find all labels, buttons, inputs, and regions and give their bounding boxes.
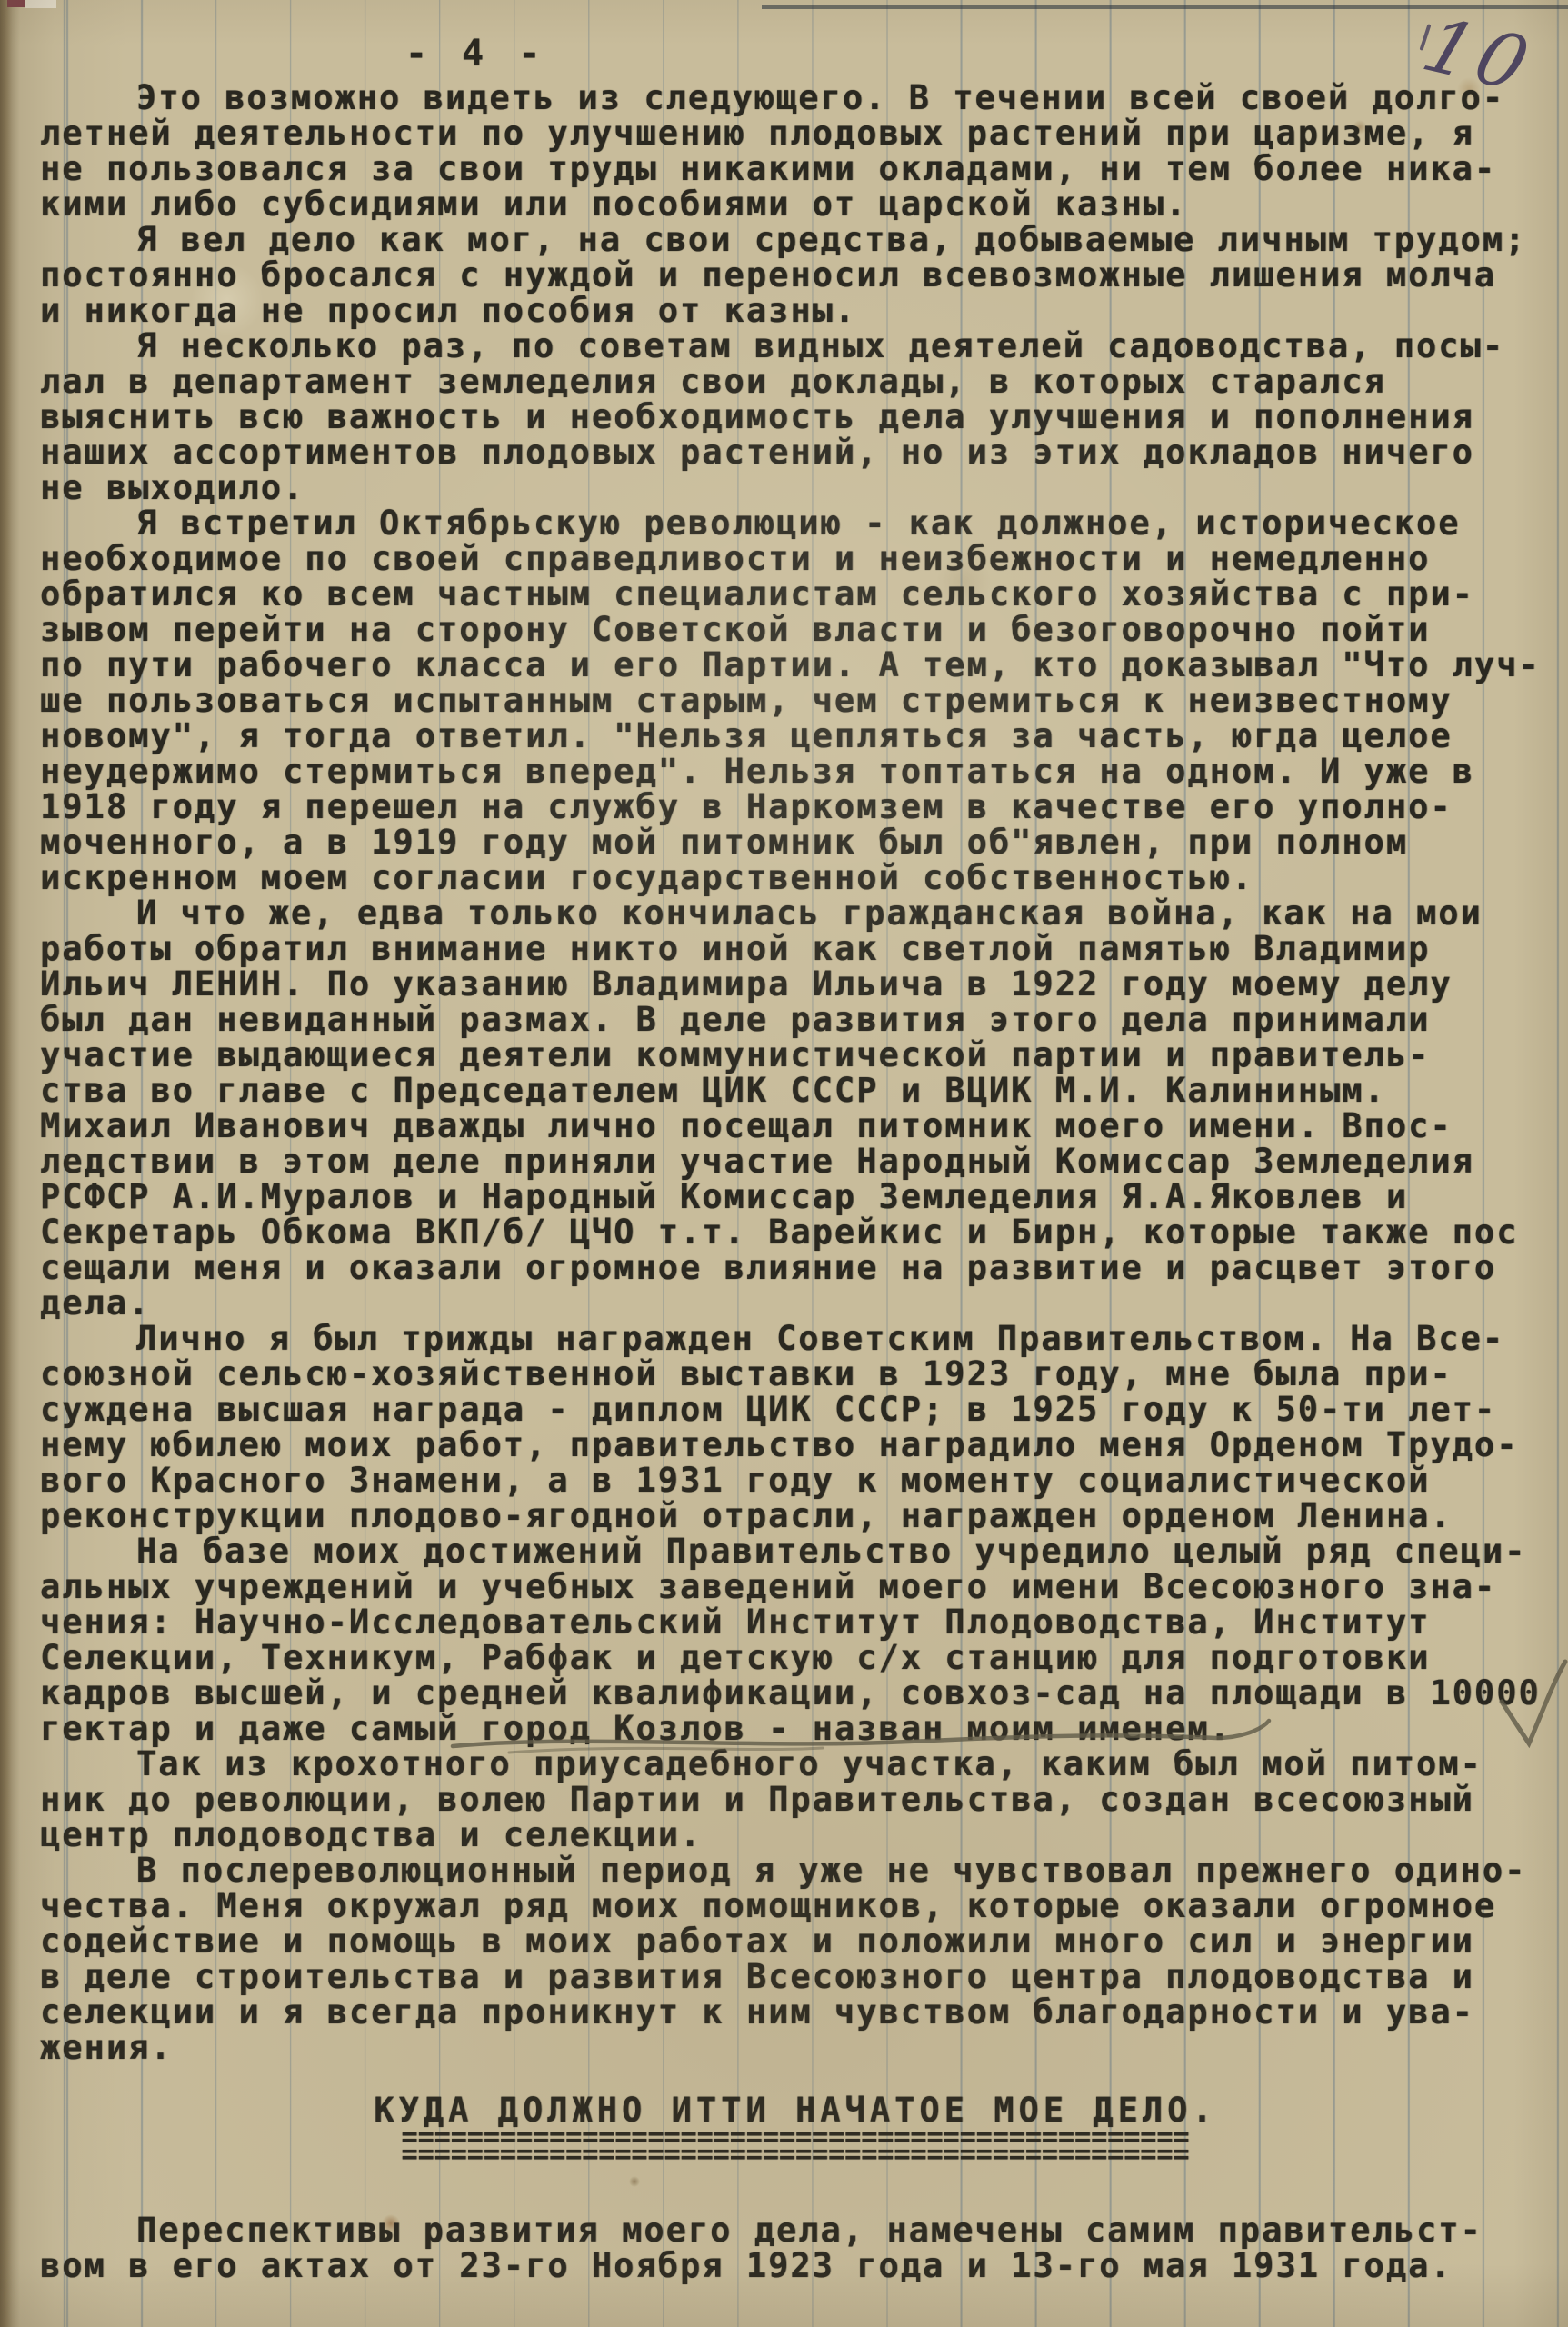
section-heading-block: КУДА ДОЛЖНО ИТТИ НАЧАТОЕ МОЕ ДЕЛО.======…: [40, 2092, 1551, 2162]
torn-left-edge: [0, 0, 20, 2327]
text-line: 1918 году я перешел на службу в Наркомзе…: [40, 789, 1551, 824]
text-line: селекции и я всегда проникнут к ним чувс…: [40, 1994, 1551, 2030]
text-line: кадров высшей, и средней квалификации, с…: [40, 1675, 1551, 1711]
text-line: Михаил Иванович дважды лично посещал пит…: [40, 1108, 1551, 1144]
text-line: В послереволюционный период я уже не чув…: [40, 1853, 1551, 1888]
paragraph: Я встретил Октябрьскую революцию - как д…: [40, 505, 1551, 895]
text-line: необходимое по своей справедливости и не…: [40, 541, 1551, 576]
text-line: работы обратил внимание никто иной как с…: [40, 931, 1551, 966]
text-line: ник до революции, волею Партии и Правите…: [40, 1782, 1551, 1817]
text-line: чения: Научно-Исследовательский Институт…: [40, 1604, 1551, 1640]
heading-underline: ========================================…: [40, 2147, 1551, 2162]
text-line: летней деятельности по улучшению плодовы…: [40, 115, 1551, 151]
paragraph: В послереволюционный период я уже не чув…: [40, 1853, 1551, 2065]
text-line: искренном моем согласии государственной …: [40, 860, 1551, 895]
text-line: новому", я тогда ответил. "Нельзя цеплят…: [40, 718, 1551, 754]
text-line: вого Красного Знамени, а в 1931 году к м…: [40, 1463, 1551, 1498]
paragraph: Я вел дело как мог, на свои средства, до…: [40, 222, 1551, 328]
text-line: не пользовался за свои труды никакими ок…: [40, 151, 1551, 186]
text-line: суждена высшая награда - диплом ЦИК СССР…: [40, 1392, 1551, 1427]
text-line: Так из крохотного приусадебного участка,…: [40, 1746, 1551, 1782]
text-line: неудержимо стермиться вперед". Нельзя то…: [40, 754, 1551, 789]
text-line: моченного, а в 1919 году мой питомник бы…: [40, 824, 1551, 860]
paragraph: На базе моих достижений Правительство уч…: [40, 1533, 1551, 1746]
text-line: Переспективы развития моего дела, намече…: [40, 2212, 1551, 2248]
text-line: центр плодоводства и селекции.: [40, 1817, 1551, 1853]
text-line: нему юбилею моих работ, правительство на…: [40, 1427, 1551, 1463]
paragraph: Я несколько раз, по советам видных деяте…: [40, 328, 1551, 505]
document-page: - 4 - 10 Это возможно видеть из следующе…: [0, 0, 1568, 2327]
text-line: Ильич ЛЕНИН. По указанию Владимира Ильич…: [40, 966, 1551, 1002]
scan-edge-fragment-white: [25, 0, 56, 8]
text-line: Я встретил Октябрьскую революцию - как д…: [40, 505, 1551, 541]
text-line: Я несколько раз, по советам видных деяте…: [40, 328, 1551, 364]
text-line: дела.: [40, 1285, 1551, 1321]
text-line: наших ассортиментов плодовых растений, н…: [40, 434, 1551, 470]
text-line: альных учреждений и учебных заведений мо…: [40, 1569, 1551, 1604]
text-line: по пути рабочего класса и его Партии. А …: [40, 647, 1551, 683]
text-line: вом в его актах от 23-го Ноября 1923 год…: [40, 2248, 1551, 2283]
text-line: обратился ко всем частным специалистам с…: [40, 576, 1551, 612]
paragraph: Переспективы развития моего дела, намече…: [40, 2212, 1551, 2283]
text-line: чества. Меня окружал ряд моих помощников…: [40, 1888, 1551, 1923]
paragraph: Лично я был трижды награжден Советским П…: [40, 1321, 1551, 1533]
text-line: гектар и даже самый город Козлов - назва…: [40, 1711, 1551, 1746]
text-line: ства во главе с Председателем ЦИК СССР и…: [40, 1073, 1551, 1108]
text-line: На базе моих достижений Правительство уч…: [40, 1533, 1551, 1569]
document-body: Это возможно видеть из следующего. В теч…: [40, 80, 1551, 2283]
text-line: лал в департамент земледелия свои доклад…: [40, 364, 1551, 399]
text-line: выяснить всю важность и необходимость де…: [40, 399, 1551, 434]
text-line: сещали меня и оказали огромное влияние н…: [40, 1250, 1551, 1285]
text-line: И что же, едва только кончилась гражданс…: [40, 895, 1551, 931]
paragraph: Это возможно видеть из следующего. В теч…: [40, 80, 1551, 222]
text-line: Лично я был трижды награжден Советским П…: [40, 1321, 1551, 1356]
paragraph: Так из крохотного приусадебного участка,…: [40, 1746, 1551, 1853]
scan-edge-fragment-red: [7, 0, 25, 7]
text-line: ледствии в этом деле приняли участие Нар…: [40, 1144, 1551, 1179]
paragraph: И что же, едва только кончилась гражданс…: [40, 895, 1551, 1321]
typed-page-number: - 4 -: [405, 33, 546, 75]
text-line: в деле строительства и развития Всесоюзн…: [40, 1959, 1551, 1994]
text-line: Селекции, Техникум, Рабфак и детскую с/х…: [40, 1640, 1551, 1675]
text-line: союзной сельсю-хозяйственной выставки в …: [40, 1356, 1551, 1392]
text-line: Это возможно видеть из следующего. В теч…: [40, 80, 1551, 115]
text-line: ше пользоваться испытанным старым, чем с…: [40, 683, 1551, 718]
text-line: РСФСР А.И.Муралов и Народный Комиссар Зе…: [40, 1179, 1551, 1214]
text-line: постоянно бросался с нуждой и переносил …: [40, 257, 1551, 293]
text-line: Секретарь Обкома ВКП/б/ ЦЧО т.т. Варейки…: [40, 1214, 1551, 1250]
text-line: не выходило.: [40, 470, 1551, 505]
text-line: участие выдающиеся деятели коммунистичес…: [40, 1037, 1551, 1073]
text-line: кими либо субсидиями или пособиями от ца…: [40, 186, 1551, 222]
text-line: жения.: [40, 2030, 1551, 2065]
text-line: Я вел дело как мог, на свои средства, до…: [40, 222, 1551, 257]
text-line: и никогда не просил пособия от казны.: [40, 293, 1551, 328]
text-line: зывом перейти на сторону Советской власт…: [40, 612, 1551, 647]
text-line: содействие и помощь в моих работах и пол…: [40, 1923, 1551, 1959]
text-line: был дан невиданный размах. В деле развит…: [40, 1002, 1551, 1037]
text-line: реконструкции плодово-ягодной отрасли, н…: [40, 1498, 1551, 1533]
